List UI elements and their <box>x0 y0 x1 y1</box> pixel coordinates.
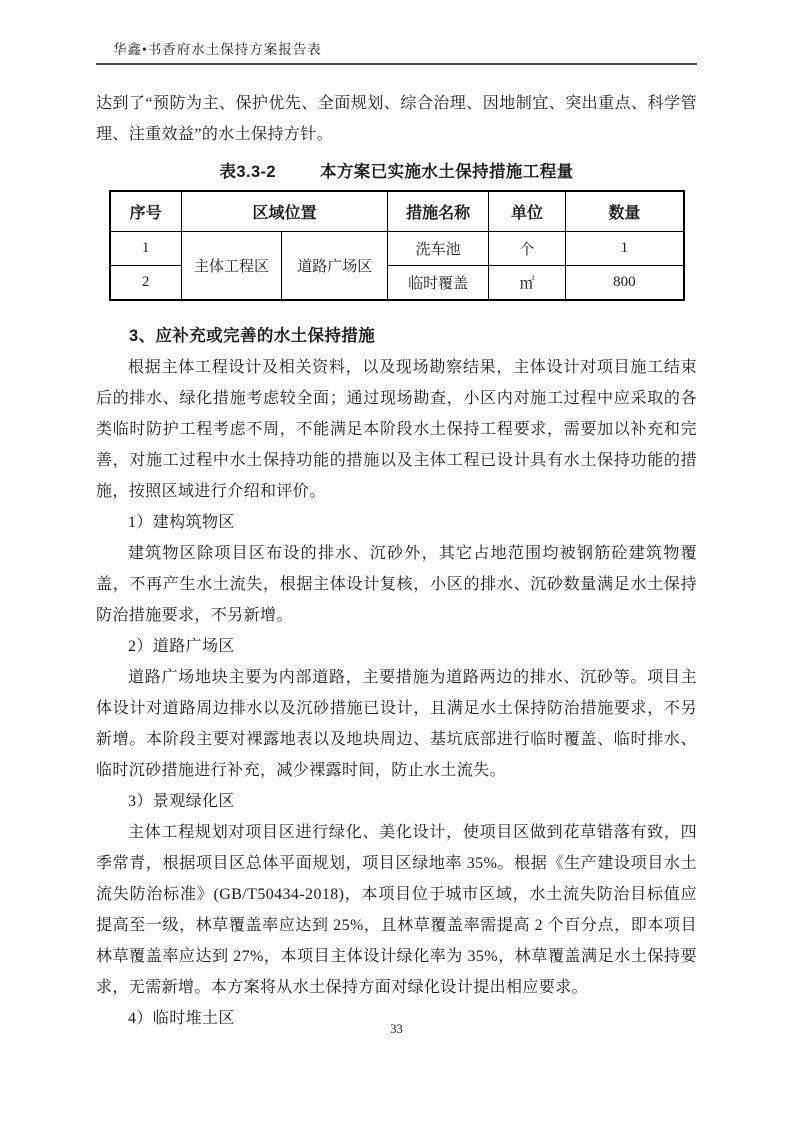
page-header: 华鑫•书香府水土保持方案报告表 <box>96 38 697 65</box>
col-header-measure: 措施名称 <box>388 191 488 232</box>
cell-zone-sub: 道路广场区 <box>282 232 388 301</box>
col-header-quantity: 数量 <box>566 191 684 232</box>
cell-serial: 2 <box>110 266 182 301</box>
cell-unit: 个 <box>488 232 565 266</box>
table-title: 表3.3-2本方案已实施水土保持措施工程量 <box>96 160 697 184</box>
header-title: 华鑫•书香府水土保持方案报告表 <box>96 38 697 58</box>
cell-measure: 洗车池 <box>388 232 488 266</box>
page-footer: 33 <box>0 1022 793 1037</box>
col-header-zone: 区域位置 <box>181 191 388 232</box>
cell-measure: 临时覆盖 <box>388 266 488 301</box>
implemented-measures-table: 序号 区域位置 措施名称 单位 数量 1 主体工程区 道路广场区 洗车池 个 1… <box>109 190 685 301</box>
body-paragraph: 建筑物区除项目区布设的排水、沉砂外，其它占地范围均被钢筋砼建筑物覆盖，不再产生水… <box>96 538 697 631</box>
cell-unit: ㎡ <box>488 266 565 301</box>
section-heading: 3、应补充或完善的水土保持措施 <box>96 321 697 352</box>
table-header-row: 序号 区域位置 措施名称 单位 数量 <box>110 191 684 232</box>
table-row: 1 主体工程区 道路广场区 洗车池 个 1 <box>110 232 684 266</box>
body-paragraph: 道路广场地块主要为内部道路，主要措施为道路两边的排水、沉砂等。项目主体设计对道路… <box>96 662 697 786</box>
list-item-heading: 1）建构筑物区 <box>96 507 697 538</box>
col-header-serial: 序号 <box>110 191 182 232</box>
cell-serial: 1 <box>110 232 182 266</box>
list-item-heading: 3）景观绿化区 <box>96 786 697 817</box>
col-header-unit: 单位 <box>488 191 565 232</box>
list-item-heading: 2）道路广场区 <box>96 631 697 662</box>
document-body: 达到了“预防为主、保护优先、全面规划、综合治理、因地制宜、突出重点、科学管理、注… <box>96 88 697 1034</box>
cell-zone-main: 主体工程区 <box>181 232 281 301</box>
body-paragraph: 根据主体工程设计及相关资料，以及现场勘察结果，主体设计对项目施工结束后的排水、绿… <box>96 352 697 507</box>
table-caption: 本方案已实施水土保持措施工程量 <box>320 163 574 181</box>
page-number: 33 <box>390 1022 403 1036</box>
cell-quantity: 800 <box>566 266 684 301</box>
table-label: 表3.3-2 <box>219 160 276 184</box>
document-page: 华鑫•书香府水土保持方案报告表 达到了“预防为主、保护优先、全面规划、综合治理、… <box>0 0 793 1122</box>
intro-paragraph: 达到了“预防为主、保护优先、全面规划、综合治理、因地制宜、突出重点、科学管理、注… <box>96 88 697 150</box>
body-paragraph: 主体工程规划对项目区进行绿化、美化设计，使项目区做到花草错落有致，四季常青，根据… <box>96 817 697 1003</box>
cell-quantity: 1 <box>566 232 684 266</box>
